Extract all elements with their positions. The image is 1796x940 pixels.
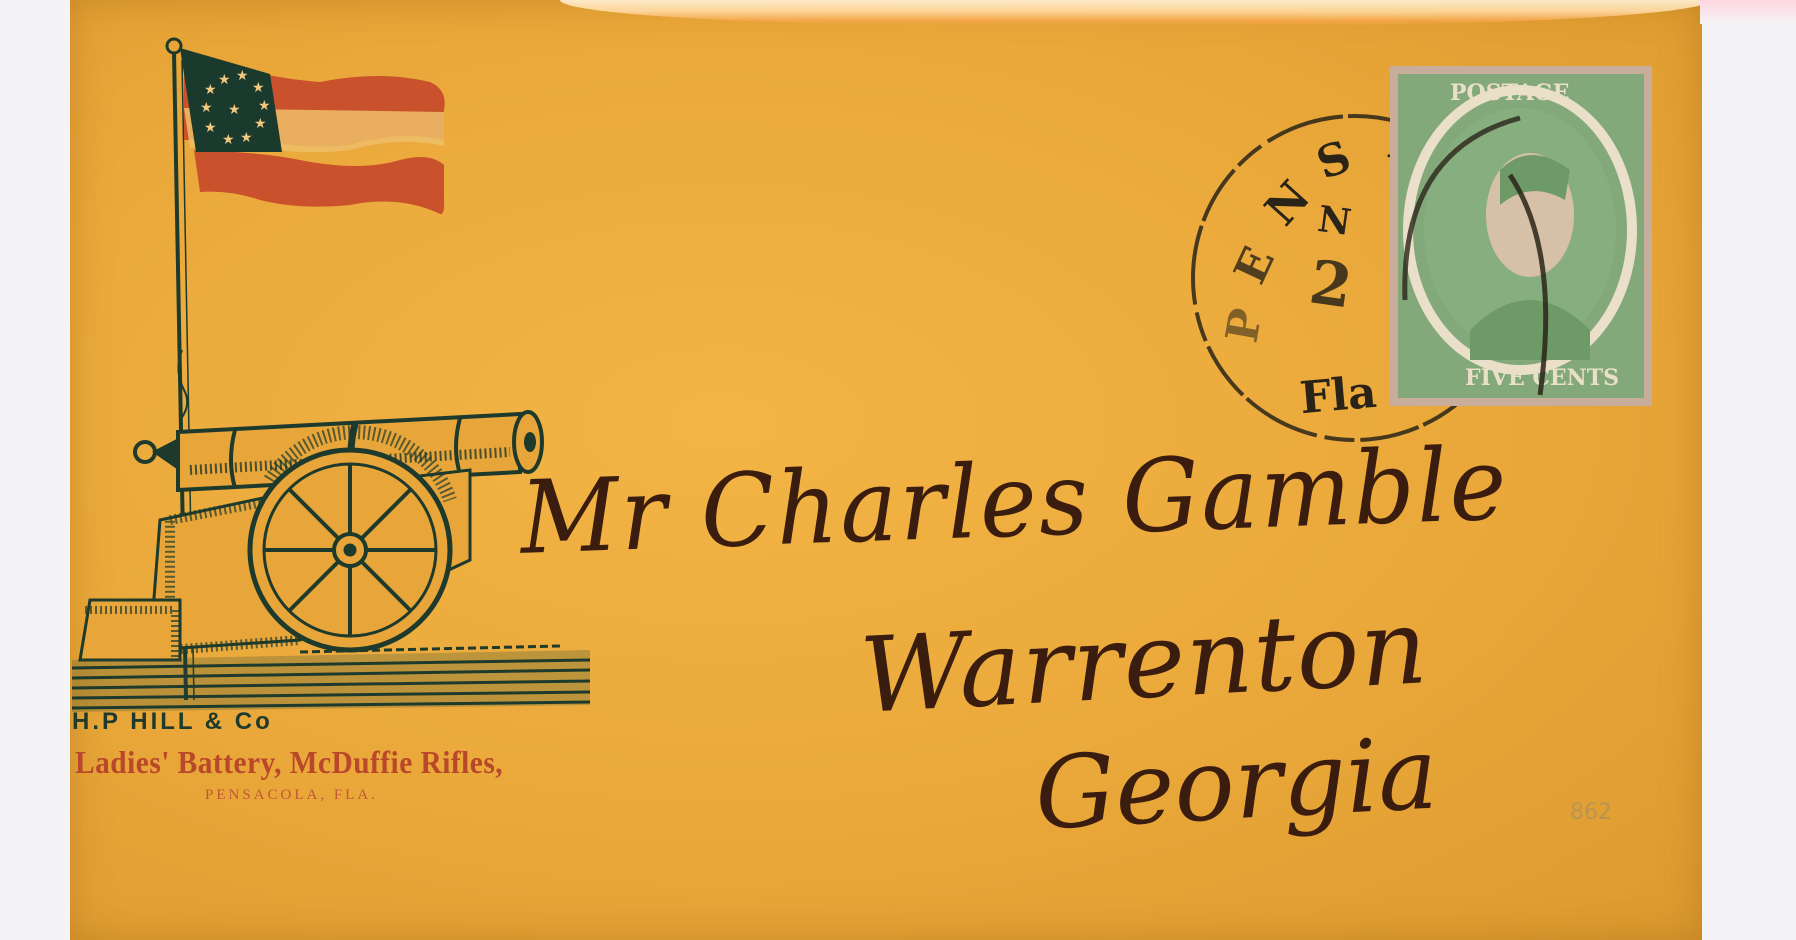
- address-state: Georgia: [1032, 715, 1440, 853]
- pencil-notation: 862: [1570, 800, 1612, 825]
- svg-text:POSTAGE: POSTAGE: [1450, 80, 1569, 106]
